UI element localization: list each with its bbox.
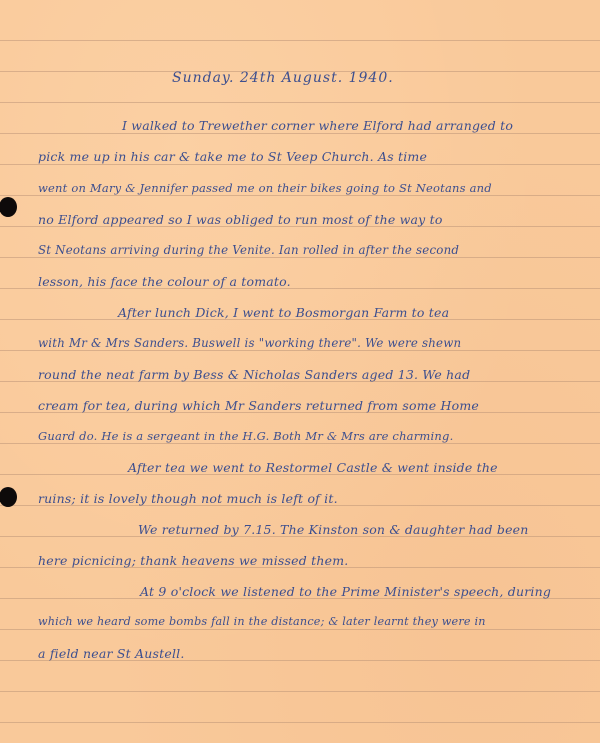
rule-line [0,722,600,723]
text-line: lesson, his face the colour of a tomato. [38,274,291,289]
rule-line [0,195,600,196]
text-line: After lunch Dick, I went to Bosmorgan Fa… [118,305,449,320]
rule-line [0,164,600,165]
punch-hole [0,487,17,507]
text-line: round the neat farm by Bess & Nicholas S… [38,367,470,382]
text-line: which we heard some bombs fall in the di… [38,615,486,628]
rule-line [0,629,600,630]
text-line: Guard do. He is a sergeant in the H.G. B… [38,429,453,443]
rule-line [0,691,600,692]
text-line: a field near St Austell. [38,646,185,661]
text-line: no Elford appeared so I was obliged to r… [38,212,443,227]
text-line: At 9 o'clock we listened to the Prime Mi… [140,584,551,599]
punch-hole [0,197,17,217]
text-line: ruins; it is lovely though not much is l… [38,491,338,506]
rule-line [0,257,600,258]
text-line: here picnicing; thank heavens we missed … [38,553,348,568]
text-line: went on Mary & Jennifer passed me on the… [38,181,492,195]
text-line: St Neotans arriving during the Venite. I… [38,243,459,257]
rule-line [0,443,600,444]
text-line: cream for tea, during which Mr Sanders r… [38,398,479,413]
text-line: pick me up in his car & take me to St Ve… [38,149,427,164]
rule-line [0,133,600,134]
rule-line [0,350,600,351]
text-line: After tea we went to Restormel Castle & … [128,460,498,475]
rule-line [0,102,600,103]
date-heading: Sunday. 24th August. 1940. [172,70,394,86]
text-line: I walked to Trewether corner where Elfor… [122,118,513,133]
rule-line [0,40,600,41]
diary-page: Sunday. 24th August. 1940. I walked to T… [0,0,600,743]
text-line: We returned by 7.15. The Kinston son & d… [138,522,529,537]
text-line: with Mr & Mrs Sanders. Buswell is "worki… [38,336,461,350]
